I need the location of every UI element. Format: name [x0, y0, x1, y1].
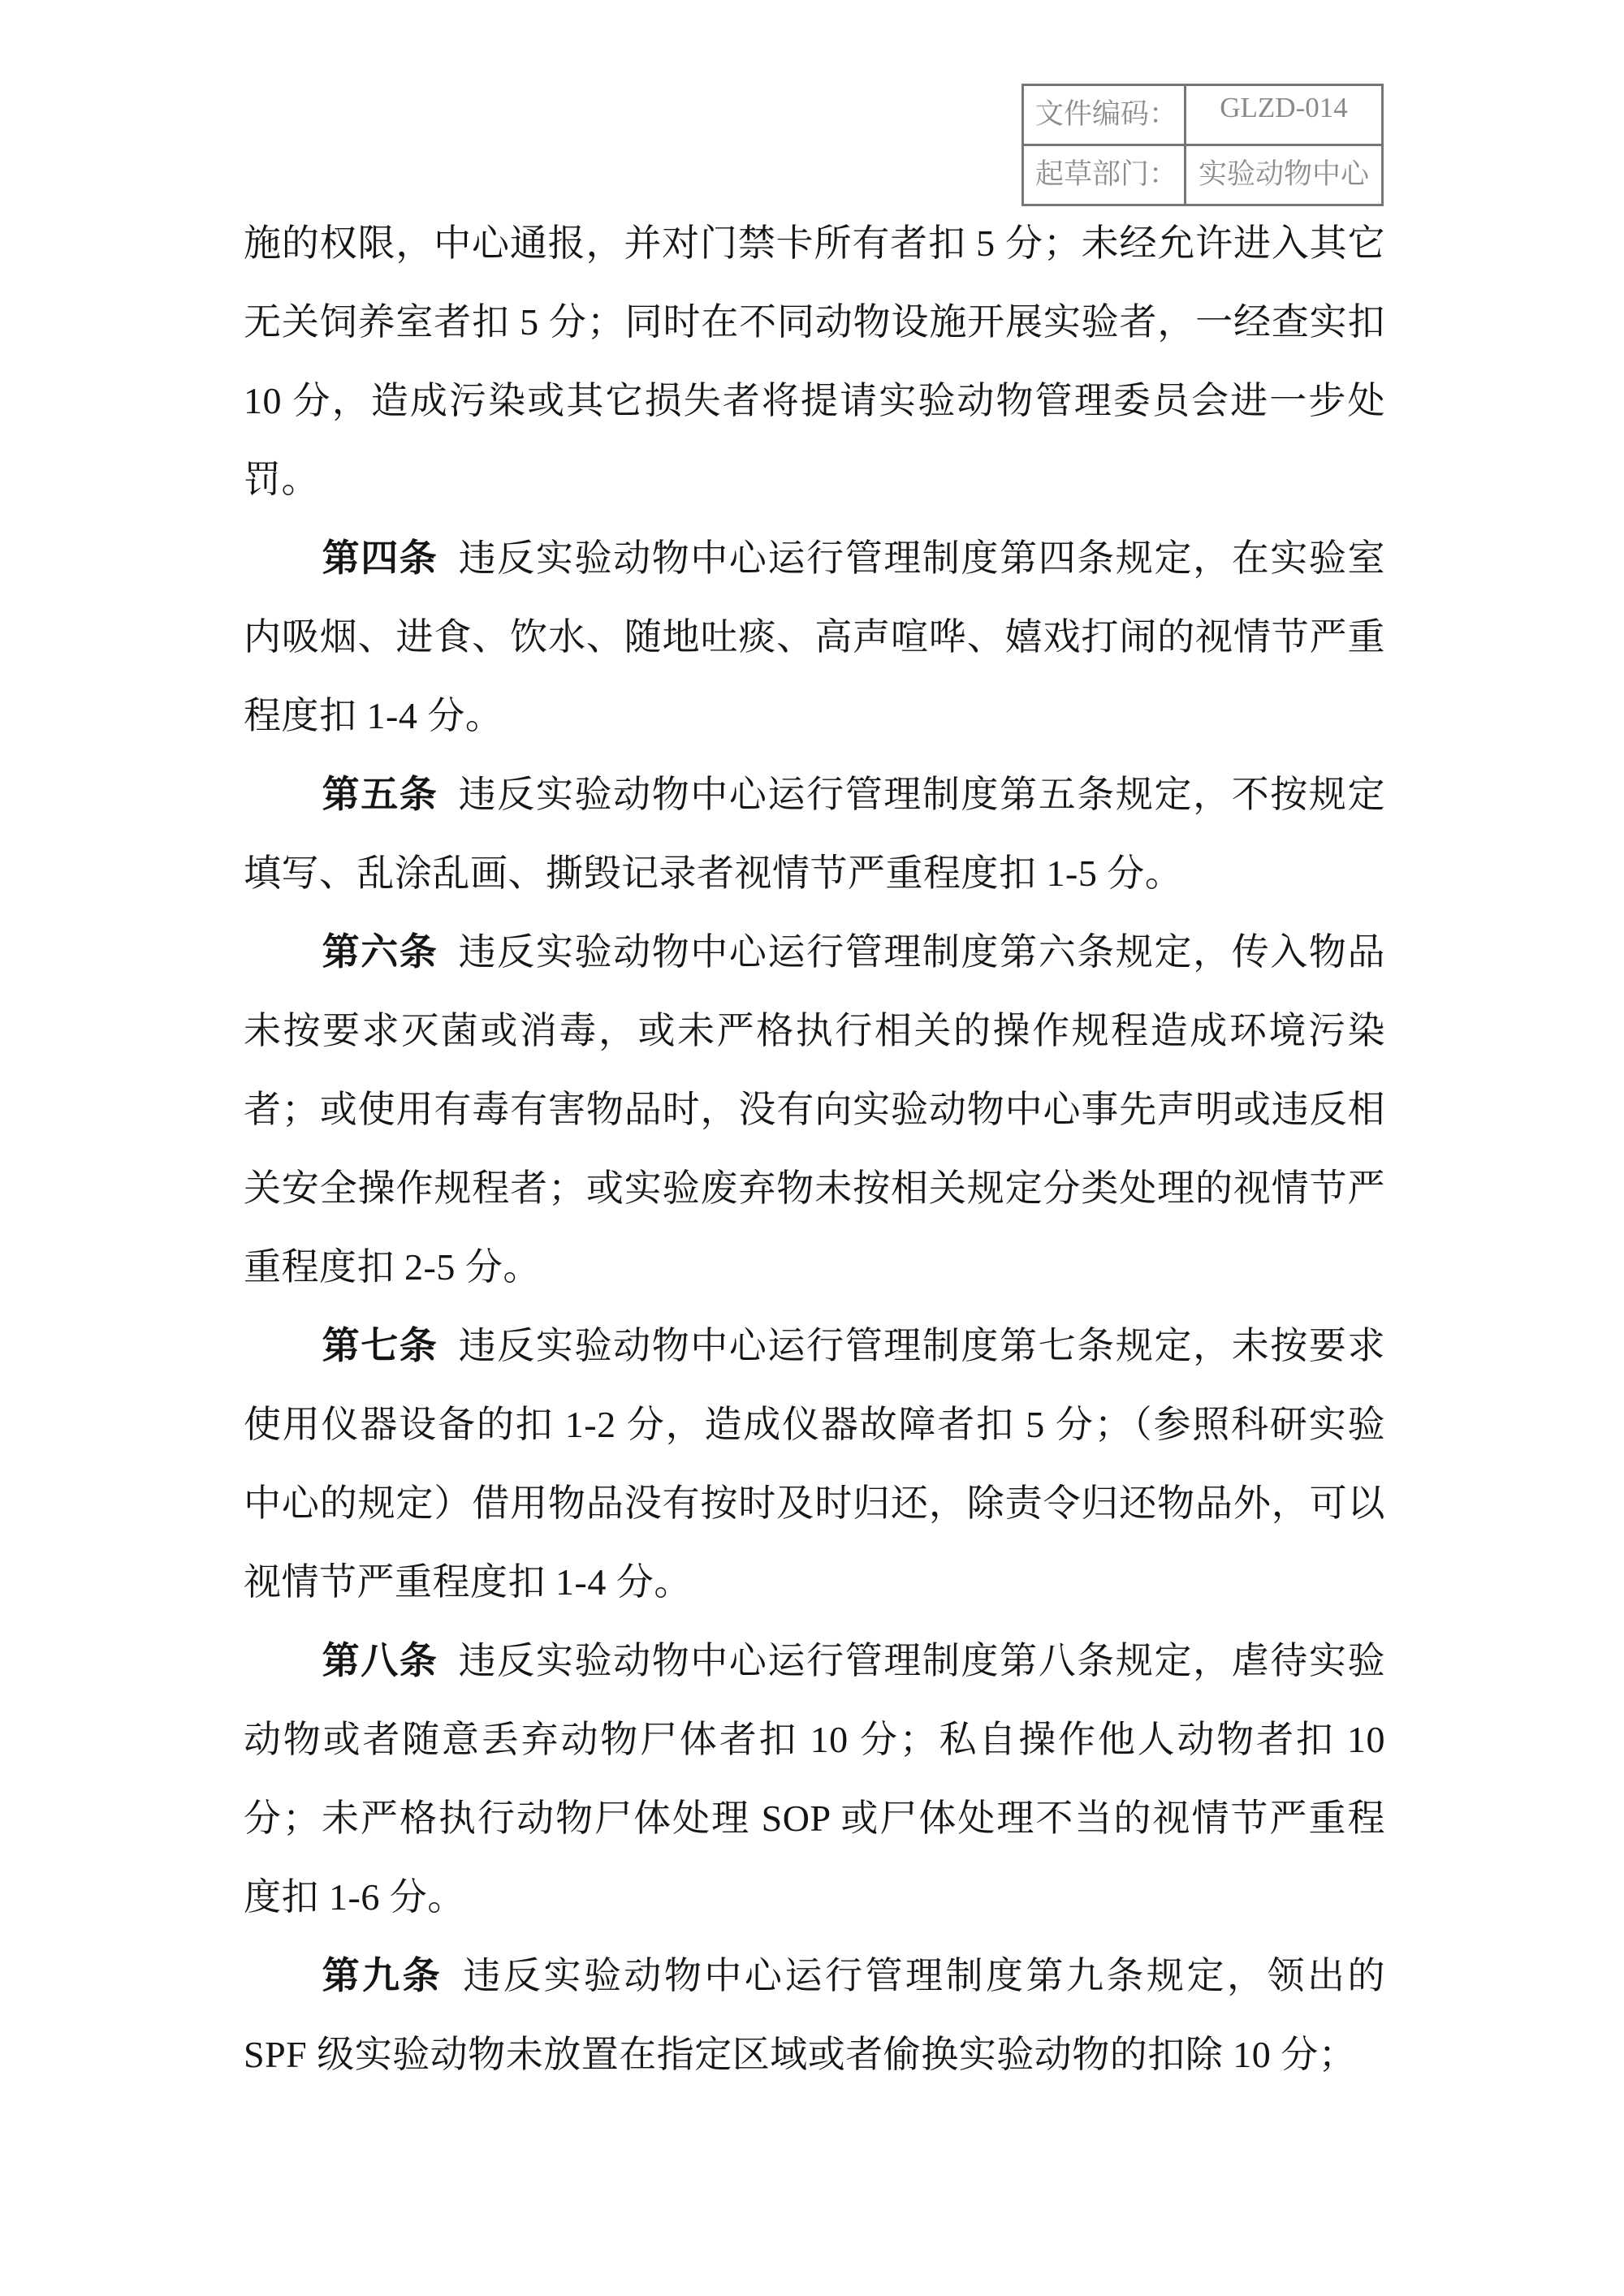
article-8-number: 第八条: [322, 1639, 438, 1681]
document-page: 文件编码： GLZD-014 起草部门： 实验动物中心 施的权限，中心通报，并对…: [0, 0, 1624, 2296]
article-9-number: 第九条: [322, 1954, 443, 1996]
drafting-dept-value: 实验动物中心: [1186, 145, 1383, 205]
paragraph-continuation: 施的权限，中心通报，并对门禁卡所有者扣 5 分；未经允许进入其它无关饲养室者扣 …: [244, 204, 1385, 519]
article-6-number: 第六条: [322, 930, 438, 973]
paragraph-text: 施的权限，中心通报，并对门禁卡所有者扣 5 分；未经允许进入其它无关饲养室者扣 …: [244, 222, 1385, 500]
paragraph-text: 违反实验动物中心运行管理制度第七条规定，未按要求使用仪器设备的扣 1-2 分，造…: [244, 1325, 1385, 1603]
article-5-number: 第五条: [322, 773, 438, 815]
doc-info-table: 文件编码： GLZD-014 起草部门： 实验动物中心: [1021, 84, 1384, 206]
paragraph-article-9: 第九条违反实验动物中心运行管理制度第九条规定，领出的 SPF 级实验动物未放置在…: [244, 1936, 1385, 2094]
paragraph-text: 违反实验动物中心运行管理制度第八条规定，虐待实验动物或者随意丢弃动物尸体者扣 1…: [244, 1640, 1385, 1918]
paragraph-article-5: 第五条违反实验动物中心运行管理制度第五条规定，不按规定填写、乱涂乱画、撕毁记录者…: [244, 755, 1385, 913]
paragraph-article-4: 第四条违反实验动物中心运行管理制度第四条规定，在实验室内吸烟、进食、饮水、随地吐…: [244, 519, 1385, 755]
document-body: 施的权限，中心通报，并对门禁卡所有者扣 5 分；未经允许进入其它无关饲养室者扣 …: [244, 204, 1385, 2094]
paragraph-article-8: 第八条违反实验动物中心运行管理制度第八条规定，虐待实验动物或者随意丢弃动物尸体者…: [244, 1621, 1385, 1936]
paragraph-text: 违反实验动物中心运行管理制度第六条规定，传入物品未按要求灭菌或消毒，或未严格执行…: [244, 931, 1385, 1288]
drafting-dept-row: 起草部门： 实验动物中心: [1023, 145, 1383, 205]
drafting-dept-label: 起草部门：: [1023, 145, 1186, 205]
article-4-number: 第四条: [322, 537, 438, 579]
doc-code-row: 文件编码： GLZD-014: [1023, 85, 1383, 145]
doc-code-value: GLZD-014: [1186, 85, 1383, 145]
paragraph-article-6: 第六条违反实验动物中心运行管理制度第六条规定，传入物品未按要求灭菌或消毒，或未严…: [244, 913, 1385, 1306]
article-7-number: 第七条: [322, 1324, 438, 1366]
paragraph-article-7: 第七条违反实验动物中心运行管理制度第七条规定，未按要求使用仪器设备的扣 1-2 …: [244, 1306, 1385, 1621]
doc-code-label: 文件编码：: [1023, 85, 1186, 145]
